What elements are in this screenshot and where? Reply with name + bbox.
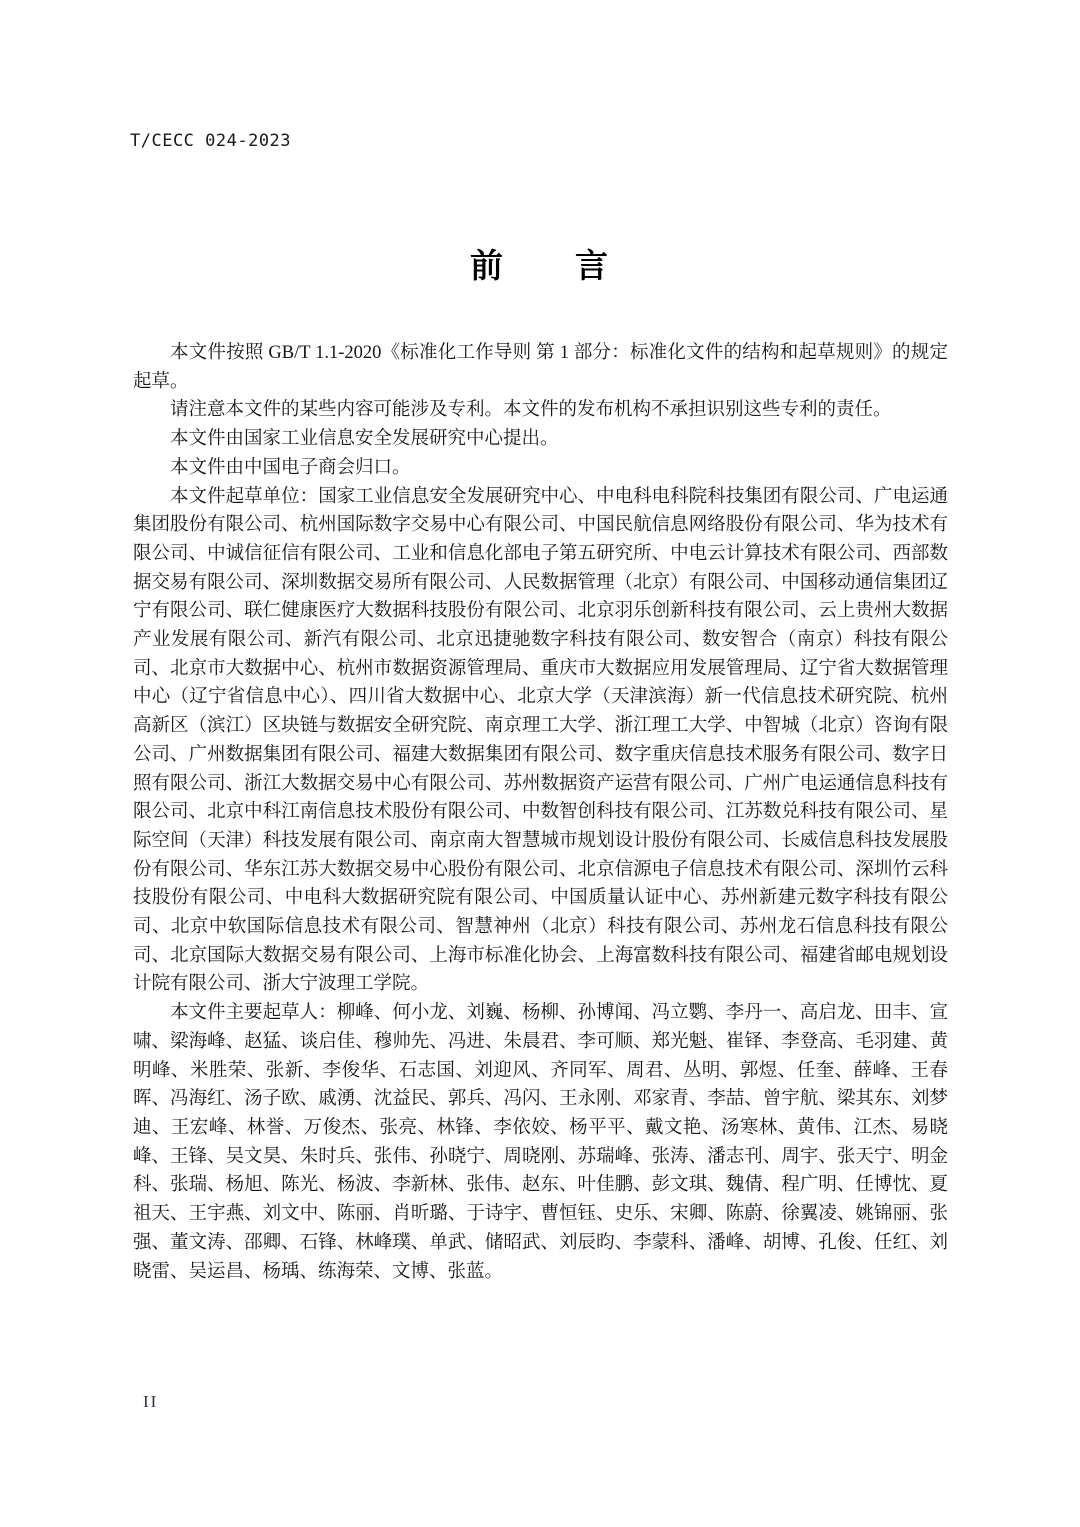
page-title: 前 言 xyxy=(0,240,1080,287)
standard-code: T/CECC 024-2023 xyxy=(130,131,291,151)
page-number: II xyxy=(143,1392,158,1412)
paragraph-drafting-basis: 本文件按照 GB/T 1.1-2020《标准化工作导则 第 1 部分：标准化文件… xyxy=(133,339,948,396)
foreword-body: 本文件按照 GB/T 1.1-2020《标准化工作导则 第 1 部分：标准化文件… xyxy=(133,339,948,1286)
paragraph-proposed-by: 本文件由国家工业信息安全发展研究中心提出。 xyxy=(133,425,948,454)
paragraph-patent-notice: 请注意本文件的某些内容可能涉及专利。本文件的发布机构不承担识别这些专利的责任。 xyxy=(133,396,948,425)
paragraph-drafting-organizations: 本文件起草单位：国家工业信息安全发展研究中心、中电科电科院科技集团有限公司、广电… xyxy=(133,483,948,1000)
paragraph-centralized-by: 本文件由中国电子商会归口。 xyxy=(133,454,948,483)
document-page: T/CECC 024-2023 前 言 本文件按照 GB/T 1.1-2020《… xyxy=(0,0,1080,1527)
paragraph-main-drafters: 本文件主要起草人：柳峰、何小龙、刘巍、杨柳、孙博闻、冯立鹦、李丹一、高启龙、田丰… xyxy=(133,999,948,1286)
